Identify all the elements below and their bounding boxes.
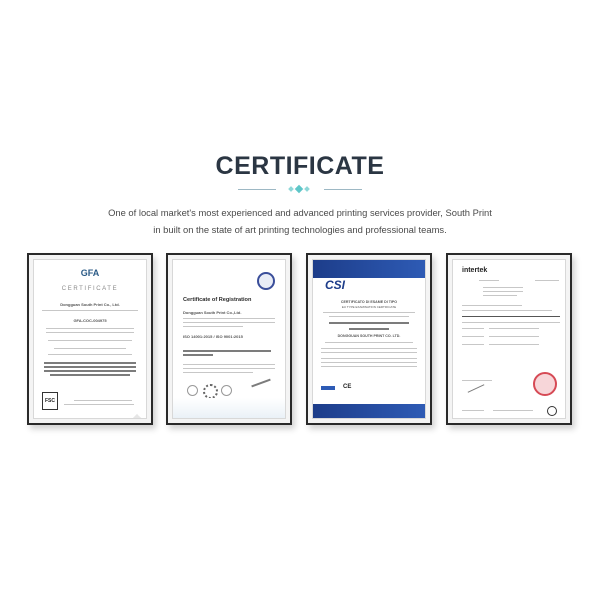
certificate-subheading: EU TYPE EXAMINATION CERTIFICATE	[313, 305, 425, 309]
footer-band	[313, 404, 425, 418]
page-title: CERTIFICATE	[0, 152, 600, 181]
accreditation-logo	[203, 384, 218, 399]
intro-text: One of local market's most experienced a…	[0, 204, 600, 238]
registrar-seal-icon	[257, 272, 275, 290]
watermark	[124, 355, 147, 419]
accreditation-logo	[187, 385, 198, 396]
fsc-logo: FSC	[42, 392, 58, 410]
divider-line-left	[238, 189, 276, 190]
csi-logo: CSI	[325, 278, 345, 292]
company-name: Dongguan South Print Co.,Ltd.	[183, 310, 241, 315]
certificate-document: CSI CERTIFICATO DI ESAME DI TIPO EU TYPE…	[312, 259, 426, 419]
ce-mark: CE	[343, 384, 351, 390]
gfa-logo: GFA	[34, 268, 146, 278]
certification-mark-icon	[547, 406, 557, 416]
certificate-frame-gfa[interactable]: GFA CERTIFICATE Dongguan South Print Co.…	[27, 253, 153, 425]
certificate-document: Certificate of Registration Dongguan Sou…	[172, 259, 286, 419]
certificate-number: GFA-COC-004975	[34, 318, 146, 323]
certificate-heading: CERTIFICATO DI ESAME DI TIPO	[313, 300, 425, 304]
header-band	[313, 260, 425, 278]
certificate-frame-intertek[interactable]: intertek	[446, 253, 572, 425]
accreditation-logo	[221, 385, 232, 396]
standard: ISO 14001:2015 / ISO 9001:2015	[183, 334, 243, 339]
diamond-icon	[304, 186, 310, 192]
certificate-document: intertek	[452, 259, 566, 419]
certificate-frame-registration[interactable]: Certificate of Registration Dongguan Sou…	[166, 253, 292, 425]
intro-line-2: in built on the state of art printing te…	[0, 221, 600, 238]
company-seal-icon	[533, 372, 557, 396]
certificate-heading: Certificate of Registration	[183, 297, 251, 303]
certificate-heading: CERTIFICATE	[34, 286, 146, 292]
diamond-icon	[295, 185, 303, 193]
certificate-frame-csi[interactable]: CSI CERTIFICATO DI ESAME DI TIPO EU TYPE…	[306, 253, 432, 425]
intertek-logo: intertek	[462, 267, 487, 274]
intro-line-1: One of local market's most experienced a…	[0, 204, 600, 221]
signature	[468, 384, 485, 393]
signature	[251, 379, 270, 388]
title-divider	[0, 185, 600, 195]
company-name: DONGGUAN SOUTH PRINT CO. LTD.	[313, 334, 425, 338]
company-name: Dongguan South Print Co., Ltd.	[34, 302, 146, 307]
certificate-document: GFA CERTIFICATE Dongguan South Print Co.…	[33, 259, 147, 419]
diamond-icon	[288, 186, 294, 192]
accredia-logo	[321, 386, 335, 390]
divider-line-right	[324, 189, 362, 190]
